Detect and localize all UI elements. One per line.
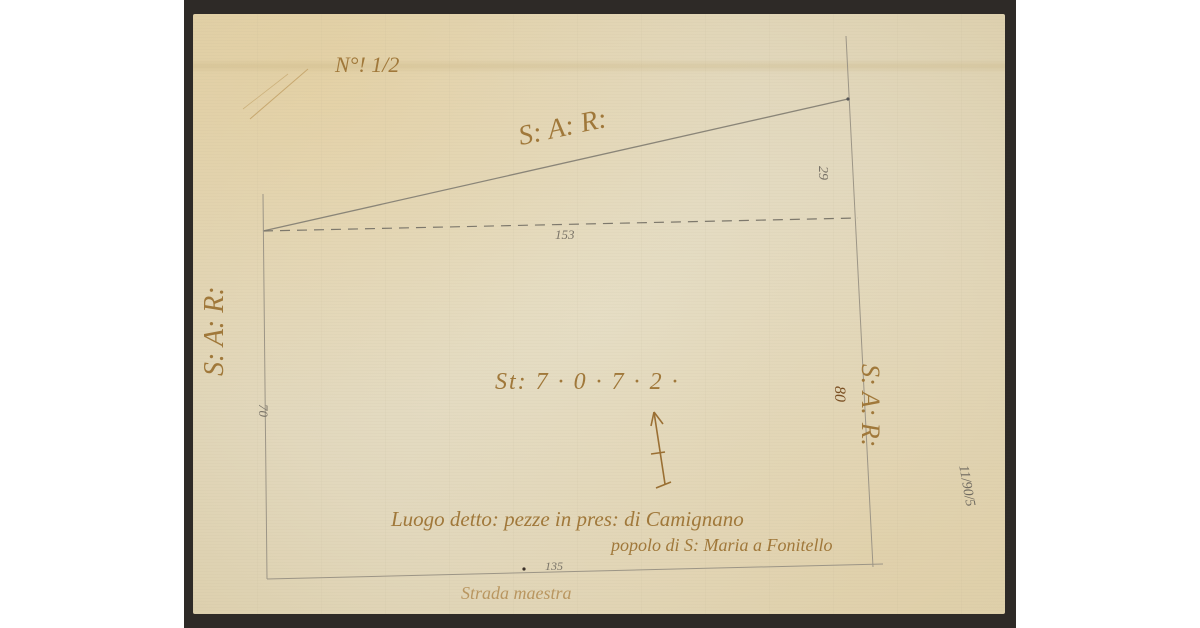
header-note: N°! 1/2 xyxy=(335,54,399,76)
measurement-left: 70 xyxy=(257,404,270,417)
right-boundary-line xyxy=(846,36,873,567)
bottom-boundary-line xyxy=(267,564,883,579)
north-arrow-icon xyxy=(651,412,671,488)
right-boundary-label: S: A: R: xyxy=(857,364,883,447)
document-sheet: N°! 1/2 S: A: R: 153 29 S: A: R: 70 S: A… xyxy=(193,14,1005,614)
measurement-top: 153 xyxy=(555,228,575,241)
measurement-bottom: 135 xyxy=(545,560,563,572)
caption-line-1: Luogo detto: pezze in pres: di Camignano xyxy=(391,509,744,530)
measurement-right-upper: 29 xyxy=(815,166,829,180)
area-label: St: 7 · 0 · 7 · 2 · xyxy=(495,370,680,394)
measurement-right-lower: 80 xyxy=(831,386,847,402)
bottom-boundary-label: Strada maestra xyxy=(461,584,572,602)
caption-line-2: popolo di S: Maria a Fonitello xyxy=(611,536,832,554)
left-boundary-line xyxy=(263,194,267,579)
left-boundary-label: S: A: R: xyxy=(201,286,229,376)
